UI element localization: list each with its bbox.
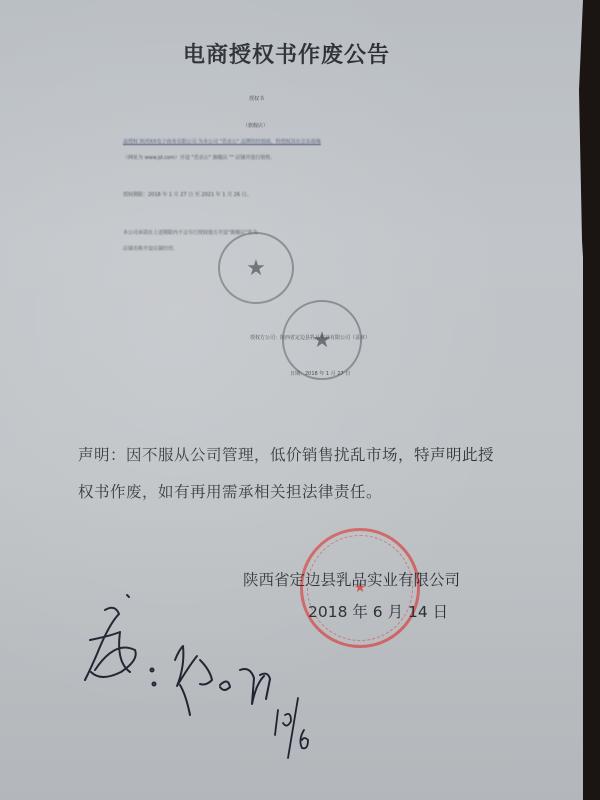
authorization-line-2: （网址为 www.jd.com）开设 "晋贞公" 旗舰店 "" 店铺并进行销售。	[123, 154, 275, 161]
authorization-period: 授权期限：2018 年 1 月 27 日 至 2021 年 1 月 26 日。	[123, 191, 252, 198]
statement-line-1: 声明：因不服从公司管理，低价销售扰乱市场，特声明此授	[78, 443, 494, 465]
signatory-line: 授权方公司：陕西省定边县乳品实业有限公司（盖章）	[250, 334, 370, 341]
authorization-line-1: 兹授权 陕西XX电子商务有限公司 为本公司 "晋贞公" 品牌的经销商，特授权其在…	[123, 138, 321, 145]
authorization-note-2: 店铺名称开设店铺经营。	[123, 245, 178, 252]
recipient-label: （旗舰店）	[243, 122, 268, 129]
star-icon: ★	[246, 256, 266, 281]
original-doc-label: 授权书	[249, 95, 264, 102]
issuer-company: 陕西省定边县乳品实业有限公司	[243, 568, 460, 590]
signed-date: 日期：2018 年 1 月 27 日	[290, 370, 350, 377]
statement-line-2: 权书作废，如有再用需承相关担法律责任。	[78, 480, 382, 502]
authorization-note-1: 本公司承诺在上述期限内不会另行授权他方开设"旗舰店"作为	[123, 229, 258, 236]
handwritten-signature	[60, 590, 320, 760]
document-paper: 电商授权书作废公告 授权书 （旗舰店） 兹授权 陕西XX电子商务有限公司 为本公…	[0, 0, 583, 800]
document-title: 电商授权书作废公告	[183, 38, 390, 69]
issuer-date: 2018 年 6 月 14 日	[308, 600, 448, 622]
gray-seal-1: ★	[218, 232, 294, 304]
